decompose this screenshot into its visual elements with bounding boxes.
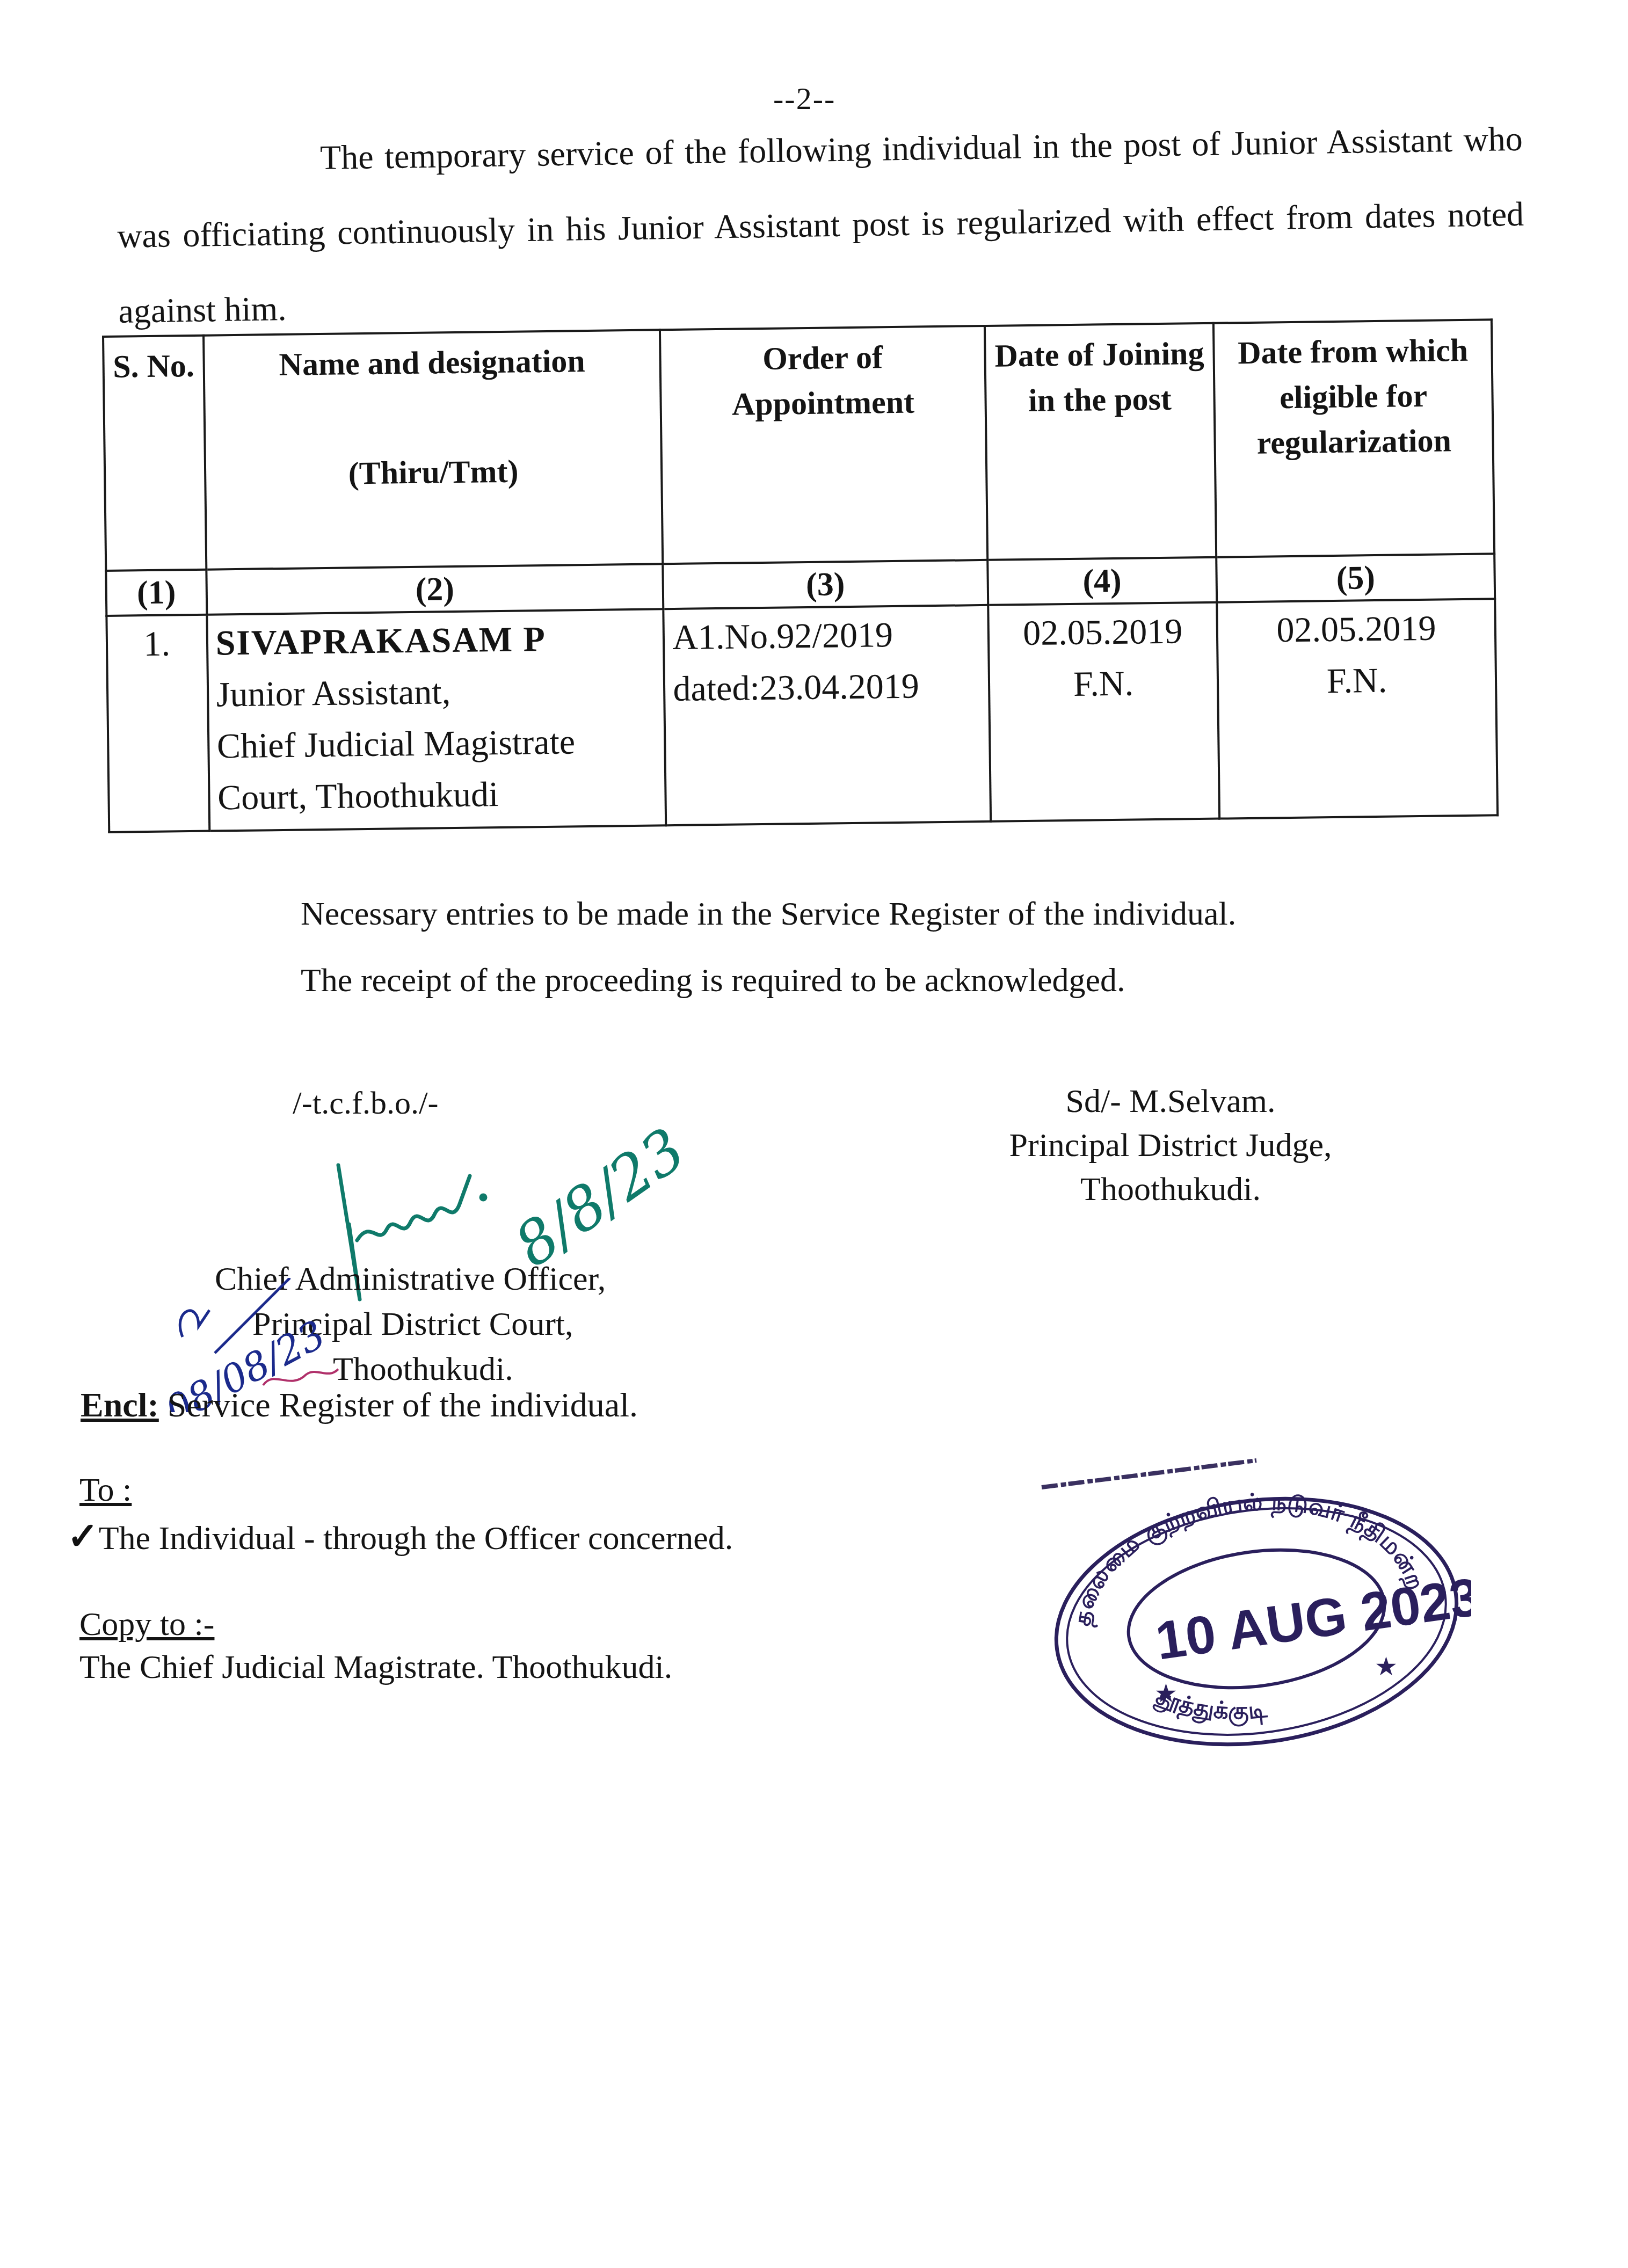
page-number: --2--: [773, 81, 835, 117]
checkmark-icon: ✓: [67, 1516, 99, 1558]
court-seal-stamp: தலைமை குற்றவியல் நடுவர் நீதிமன்றம் தூத்த…: [1031, 1450, 1471, 1750]
signatory-place: Thoothukudi.: [956, 1167, 1385, 1211]
copy-to-label: Copy to :-: [79, 1605, 214, 1644]
colnum-2: (2): [206, 564, 664, 614]
enclosure-line: Encl: Service Register of the individual…: [81, 1385, 638, 1425]
to-recipient: ✓The Individual - through the Officer co…: [67, 1514, 733, 1559]
table-header-row: S. No. Name and designation (Thiru/Tmt) …: [103, 319, 1494, 571]
order-date: dated:23.04.2019: [673, 660, 980, 715]
header-sno: S. No.: [103, 336, 206, 571]
colnum-1: (1): [106, 570, 207, 616]
note-line: Necessary entries to be made in the Serv…: [301, 881, 1236, 947]
cell-order: A1.No.92/2019 dated:23.04.2019: [664, 605, 991, 825]
joining-date: 02.05.2019: [997, 606, 1209, 660]
header-joining: Date of Joining in the post: [984, 323, 1216, 560]
intro-text: The temporary service of the following i…: [117, 120, 1524, 330]
enclosure-label: Encl:: [81, 1386, 159, 1424]
eligible-session: F.N.: [1226, 654, 1488, 709]
copy-to-recipient: The Chief Judicial Magistrate. Thoothuku…: [79, 1648, 672, 1687]
cell-joining: 02.05.2019 F.N.: [988, 602, 1220, 822]
cell-name: SIVAPRAKASAM P Junior Assistant, Chief J…: [207, 609, 666, 831]
designation-line: Chief Judicial Magistrate: [216, 715, 657, 772]
colnum-3: (3): [663, 560, 988, 609]
to-label: To :: [79, 1471, 132, 1509]
order-number: A1.No.92/2019: [672, 608, 980, 664]
designation-line: Court, Thoothukudi: [217, 767, 658, 824]
enclosure-text: Service Register of the individual.: [168, 1386, 638, 1424]
stamp-date: 10 AUG 2023: [1152, 1566, 1471, 1671]
employee-name: SIVAPRAKASAM P: [215, 612, 656, 669]
cell-sno: 1.: [106, 615, 209, 832]
colnum-4: (4): [987, 557, 1217, 605]
signatory-block: Sd/- M.Selvam. Principal District Judge,…: [956, 1079, 1385, 1211]
header-order: Order of Appointment: [660, 326, 987, 564]
regularization-table: S. No. Name and designation (Thiru/Tmt) …: [102, 318, 1499, 833]
designation-line: Junior Assistant,: [216, 664, 656, 721]
colnum-5: (5): [1216, 554, 1495, 602]
header-name-sub: (Thiru/Tmt): [213, 447, 653, 497]
joining-session: F.N.: [997, 657, 1210, 711]
signatory-title: Principal District Judge,: [956, 1123, 1385, 1167]
intro-paragraph: The temporary service of the following i…: [115, 101, 1525, 349]
signatory-name: Sd/- M.Selvam.: [956, 1079, 1385, 1123]
to-recipient-text: The Individual - through the Officer con…: [99, 1520, 733, 1557]
table-row: 1. SIVAPRAKASAM P Junior Assistant, Chie…: [106, 599, 1498, 832]
eligible-date: 02.05.2019: [1226, 602, 1487, 657]
header-eligible: Date from which eligible for regularizat…: [1213, 319, 1494, 557]
notes: Necessary entries to be made in the Serv…: [301, 881, 1236, 1014]
header-name: Name and designation (Thiru/Tmt): [203, 330, 663, 569]
svg-text:★: ★: [1154, 1680, 1178, 1708]
cell-eligible: 02.05.2019 F.N.: [1217, 599, 1498, 818]
svg-text:★: ★: [1375, 1653, 1398, 1681]
svg-text:8/8/23: 8/8/23: [502, 1115, 697, 1280]
note-line: The receipt of the proceeding is require…: [301, 947, 1236, 1014]
